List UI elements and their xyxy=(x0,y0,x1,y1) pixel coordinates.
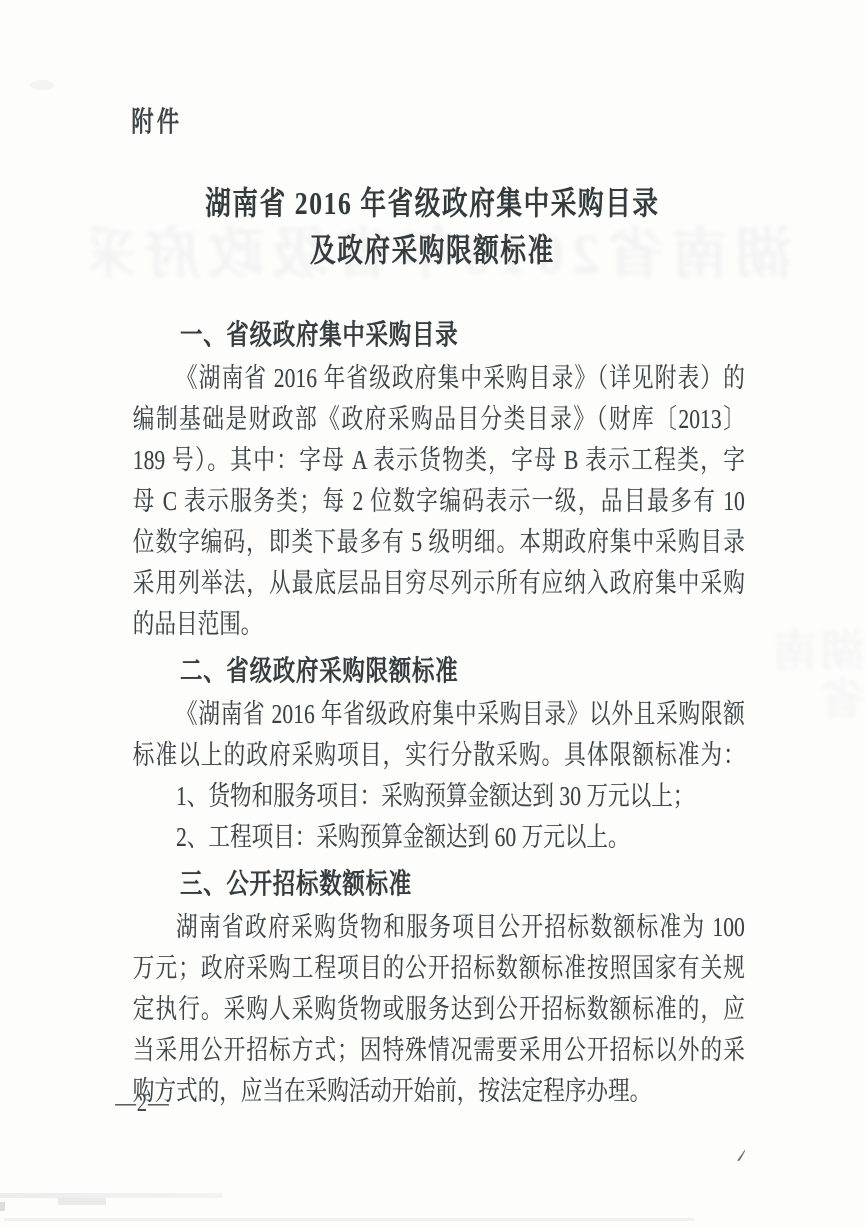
document-content-layer: 附件 湖南省 2016 年省级政府集中采购目录 及政府采购限额标准 一、省级政府… xyxy=(0,0,865,1228)
text-line: 2、工程项目：采购预算金额达到 60 万元以上。 xyxy=(133,817,745,858)
text-line: 定执行。采购人采购货物或服务达到公开招标数额标准的，应 xyxy=(133,989,745,1030)
section-heading: 三、公开招标数额标准 xyxy=(180,863,745,904)
text-line: 189 号）。其中：字母 A 表示货物类，字母 B 表示工程类，字 xyxy=(133,440,745,481)
scan-streak xyxy=(58,1198,106,1205)
scan-streak xyxy=(0,1193,222,1198)
scan-edge-tick xyxy=(0,1202,5,1211)
document-body: 一、省级政府集中采购目录《湖南省 2016 年省级政府集中采购目录》（详见附表）… xyxy=(133,314,745,1112)
text-line: 购方式的，应当在采购活动开始前，按法定程序办理。 xyxy=(133,1071,745,1112)
document-section: 二、省级政府采购限额标准《湖南省 2016 年省级政府集中采购目录》以外且采购限… xyxy=(133,650,745,858)
pen-mark xyxy=(734,1148,748,1164)
text-line: 万元；政府采购工程项目的公开招标数额标准按照国家有关规 xyxy=(133,948,745,989)
scan-smudge xyxy=(30,80,54,90)
document-section: 三、公开招标数额标准湖南省政府采购货物和服务项目公开招标数额标准为 100万元；… xyxy=(133,863,745,1112)
text-line: 《湖南省 2016 年省级政府集中采购目录》（详见附表）的 xyxy=(133,358,745,399)
text-line: 《湖南省 2016 年省级政府集中采购目录》以外且采购限额 xyxy=(133,694,745,735)
section-heading: 一、省级政府集中采购目录 xyxy=(180,314,745,355)
text-line: 1、货物和服务项目：采购预算金额达到 30 万元以上； xyxy=(133,776,745,817)
text-line: 母 C 表示服务类；每 2 位数字编码表示一级，品目最多有 10 xyxy=(133,481,745,522)
attachment-label: 附件 xyxy=(131,100,182,140)
text-line: 湖南省政府采购货物和服务项目公开招标数额标准为 100 xyxy=(133,907,745,948)
document-section: 一、省级政府集中采购目录《湖南省 2016 年省级政府集中采购目录》（详见附表）… xyxy=(133,314,745,645)
text-line: 位数字编码，即类下最多有 5 级明细。本期政府集中采购目录 xyxy=(133,522,745,563)
scan-streak xyxy=(4,1218,694,1221)
text-line: 标准以上的政府采购项目，实行分散采购。具体限额标准为： xyxy=(133,735,745,776)
document-title: 湖南省 2016 年省级政府集中采购目录 及政府采购限额标准 xyxy=(0,180,865,274)
page-number: —2— xyxy=(115,1088,169,1118)
document-title-line-1: 湖南省 2016 年省级政府集中采购目录 xyxy=(0,180,865,227)
section-heading: 二、省级政府采购限额标准 xyxy=(180,650,745,691)
text-line: 采用列举法，从最底层品目穷尽列示所有应纳入政府集中采购 xyxy=(133,563,745,604)
text-line: 当采用公开招标方式；因特殊情况需要采用公开招标以外的采 xyxy=(133,1030,745,1071)
document-title-line-2: 及政府采购限额标准 xyxy=(0,227,865,274)
scanned-document-page: 湖南省2016年省级政府采购目录标准 湖南省2016年省级政府采购目录标准 附件… xyxy=(0,0,865,1228)
text-line: 的品目范围。 xyxy=(133,604,745,645)
text-line: 编制基础是财政部《政府采购品目分类目录》（财库〔2013〕 xyxy=(133,399,745,440)
